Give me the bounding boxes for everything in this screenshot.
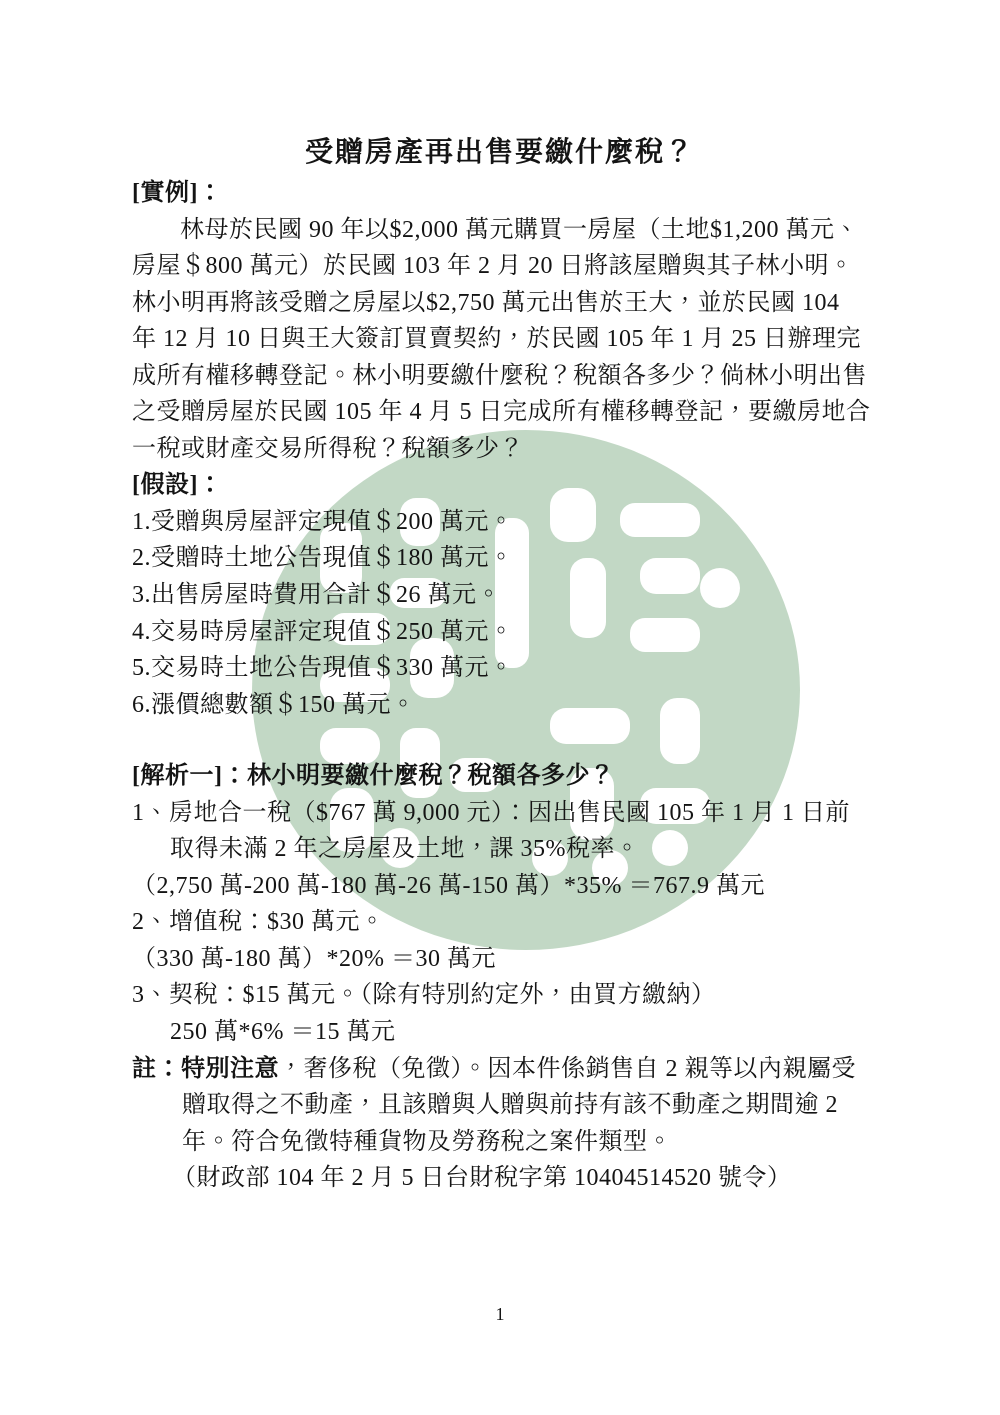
text-line-text: [解析一]：林小明要繳什麼稅？稅額各多少？ <box>132 763 614 789</box>
text-line-text: 一稅或財產交易所得稅？稅額多少？ <box>132 436 524 462</box>
text-line: 之受贈房屋於民國 105 年 4 月 5 日完成所有權移轉登記，要繳房地合 <box>132 394 877 431</box>
text-line-text: 年。符合免徵特種貨物及勞務稅之案件類型。 <box>182 1129 672 1155</box>
text-line-text: 1.受贈與房屋評定現值＄200 萬元。 <box>132 509 514 535</box>
text-line-text: 4.交易時房屋評定現值＄250 萬元。 <box>132 619 514 645</box>
text-line <box>132 723 877 758</box>
text-line: （財政部 104 年 2 月 5 日台財稅字第 10404514520 號令） <box>132 1160 877 1197</box>
text-line-text: 成所有權移轉登記。林小明要繳什麼稅？稅額各多少？倘林小明出售 <box>132 363 867 389</box>
text-line: （330 萬-180 萬）*20% ＝30 萬元 <box>132 941 877 978</box>
text-line: 林小明再將該受贈之房屋以$2,750 萬元出售於王大，並於民國 104 <box>132 285 877 322</box>
text-line: 1.受贈與房屋評定現值＄200 萬元。 <box>132 504 877 541</box>
text-line-text: 2、增值稅：$30 萬元。 <box>132 909 385 935</box>
text-line-text: 5.交易時土地公告現值＄330 萬元。 <box>132 655 514 681</box>
text-line: 取得未滿 2 年之房屋及土地，課 35%稅率。 <box>132 831 877 868</box>
text-line-text: 取得未滿 2 年之房屋及土地，課 35%稅率。 <box>170 836 640 862</box>
text-line-text: 1、房地合一稅（$767 萬 9,000 元）：因出售民國 105 年 1 月 … <box>132 800 850 826</box>
text-line-text: 之受贈房屋於民國 105 年 4 月 5 日完成所有權移轉登記，要繳房地合 <box>132 399 871 425</box>
text-line: 註：特別注意，奢侈稅（免徵）。因本件係銷售自 2 親等以內親屬受 <box>132 1051 877 1088</box>
text-line: 4.交易時房屋評定現值＄250 萬元。 <box>132 614 877 651</box>
text-line-text: 贈取得之不動產，且該贈與人贈與前持有該不動產之期間逾 2 <box>182 1092 838 1118</box>
text-line-text: 2.受贈時土地公告現值＄180 萬元。 <box>132 545 514 571</box>
text-line: 3、契稅：$15 萬元。（除有特別約定外，由買方繳納） <box>132 977 877 1014</box>
text-line: [解析一]：林小明要繳什麼稅？稅額各多少？ <box>132 758 877 795</box>
page-number: 1 <box>0 1304 1000 1325</box>
text-line: 林母於民國 90 年以$2,000 萬元購買一房屋（土地$1,200 萬元、 <box>132 212 877 249</box>
text-line-text: 6.漲價總數額＄150 萬元。 <box>132 692 416 718</box>
text-line-text: 年 12 月 10 日與王大簽訂買賣契約，於民國 105 年 1 月 25 日辦… <box>132 326 861 352</box>
text-line: 2、增值稅：$30 萬元。 <box>132 904 877 941</box>
text-line: 2.受贈時土地公告現值＄180 萬元。 <box>132 540 877 577</box>
text-line: 一稅或財產交易所得稅？稅額多少？ <box>132 431 877 468</box>
text-line: 250 萬*6% ＝15 萬元 <box>132 1014 877 1051</box>
text-line-text: （2,750 萬-200 萬-180 萬-26 萬-150 萬）*35% ＝76… <box>132 873 765 899</box>
text-line-text: 3、契稅：$15 萬元。（除有特別約定外，由買方繳納） <box>132 982 716 1008</box>
document-body: [實例]：林母於民國 90 年以$2,000 萬元購買一房屋（土地$1,200 … <box>132 175 877 1197</box>
text-line: 成所有權移轉登記。林小明要繳什麼稅？稅額各多少？倘林小明出售 <box>132 358 877 395</box>
text-line-text: 林母於民國 90 年以$2,000 萬元購買一房屋（土地$1,200 萬元、 <box>180 217 859 243</box>
text-line: 6.漲價總數額＄150 萬元。 <box>132 687 877 724</box>
text-line: 房屋＄800 萬元）於民國 103 年 2 月 20 日將該屋贈與其子林小明。 <box>132 248 877 285</box>
text-line-text: 林小明再將該受贈之房屋以$2,750 萬元出售於王大，並於民國 104 <box>132 290 840 316</box>
text-line: [假設]： <box>132 467 877 504</box>
page-title: 受贈房產再出售要繳什麼稅？ <box>0 130 1000 170</box>
text-line-text: [實例]： <box>132 180 222 206</box>
text-line: 5.交易時土地公告現值＄330 萬元。 <box>132 650 877 687</box>
text-line-text: 房屋＄800 萬元）於民國 103 年 2 月 20 日將該屋贈與其子林小明。 <box>132 253 854 279</box>
text-line-text: （財政部 104 年 2 月 5 日台財稅字第 10404514520 號令） <box>172 1165 792 1191</box>
text-line-bold-prefix: 註：特別注意 <box>132 1056 279 1082</box>
text-line: 1、房地合一稅（$767 萬 9,000 元）：因出售民國 105 年 1 月 … <box>132 795 877 832</box>
text-line-text: 250 萬*6% ＝15 萬元 <box>170 1019 396 1045</box>
text-line: [實例]： <box>132 175 877 212</box>
text-line: 年。符合免徵特種貨物及勞務稅之案件類型。 <box>132 1124 877 1161</box>
text-line: （2,750 萬-200 萬-180 萬-26 萬-150 萬）*35% ＝76… <box>132 868 877 905</box>
text-line-text: ，奢侈稅（免徵）。因本件係銷售自 2 親等以內親屬受 <box>279 1056 856 1082</box>
text-line-text: 3.出售房屋時費用合計＄26 萬元。 <box>132 582 501 608</box>
text-line: 贈取得之不動產，且該贈與人贈與前持有該不動產之期間逾 2 <box>132 1087 877 1124</box>
document-page: 受贈房產再出售要繳什麼稅？ [實例]：林母於民國 90 年以$2,000 萬元購… <box>0 0 1000 1415</box>
text-line-text: （330 萬-180 萬）*20% ＝30 萬元 <box>132 946 496 972</box>
text-line: 年 12 月 10 日與王大簽訂買賣契約，於民國 105 年 1 月 25 日辦… <box>132 321 877 358</box>
text-line-text: [假設]： <box>132 472 222 498</box>
text-line: 3.出售房屋時費用合計＄26 萬元。 <box>132 577 877 614</box>
